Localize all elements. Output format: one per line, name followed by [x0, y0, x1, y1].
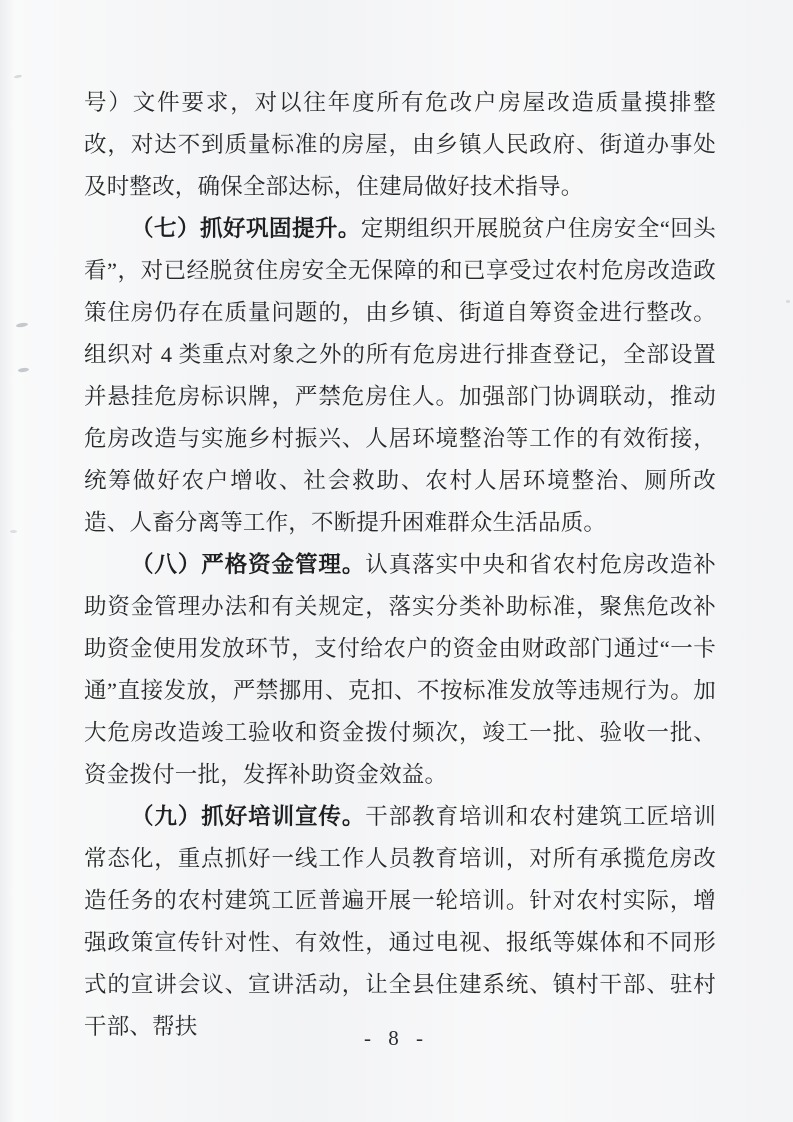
- scan-artifact: [786, 300, 790, 303]
- paragraph-continuation-text: 号）文件要求，对以往年度所有危改户房屋改造质量摸排整改，对达不到质量标准的房屋，…: [84, 90, 716, 199]
- section-8: （八）严格资金管理。认真落实中央和省农村危房改造补助资金管理办法和有关规定，落实…: [84, 544, 716, 796]
- section-8-heading: （八）严格资金管理。: [131, 552, 365, 577]
- section-7-heading: （七）抓好巩固提升。: [131, 216, 361, 241]
- scan-artifact: [18, 367, 29, 372]
- scan-artifact: [14, 74, 22, 78]
- section-8-body: 认真落实中央和省农村危房改造补助资金管理办法和有关规定，落实分类补助标准，聚焦危…: [84, 552, 716, 787]
- section-7: （七）抓好巩固提升。定期组织开展脱贫户住房安全“回头看”，对已经脱贫住房安全无保…: [84, 208, 716, 544]
- document-page: 号）文件要求，对以往年度所有危改户房屋改造质量摸排整改，对达不到质量标准的房屋，…: [0, 0, 793, 1122]
- page-number: - 8 -: [0, 1026, 793, 1051]
- scan-artifact: [16, 322, 28, 328]
- section-9: （九）抓好培训宣传。干部教育培训和农村建筑工匠培训常态化，重点抓好一线工作人员教…: [84, 796, 716, 1048]
- document-body: 号）文件要求，对以往年度所有危改户房屋改造质量摸排整改，对达不到质量标准的房屋，…: [84, 82, 716, 1048]
- section-7-body: 定期组织开展脱贫户住房安全“回头看”，对已经脱贫住房安全无保障的和已享受过农村危…: [84, 216, 716, 535]
- scan-artifact: [10, 530, 17, 533]
- section-9-heading: （九）抓好培训宣传。: [131, 804, 365, 829]
- paragraph-continuation: 号）文件要求，对以往年度所有危改户房屋改造质量摸排整改，对达不到质量标准的房屋，…: [84, 82, 716, 208]
- section-9-body: 干部教育培训和农村建筑工匠培训常态化，重点抓好一线工作人员教育培训，对所有承揽危…: [84, 804, 716, 1039]
